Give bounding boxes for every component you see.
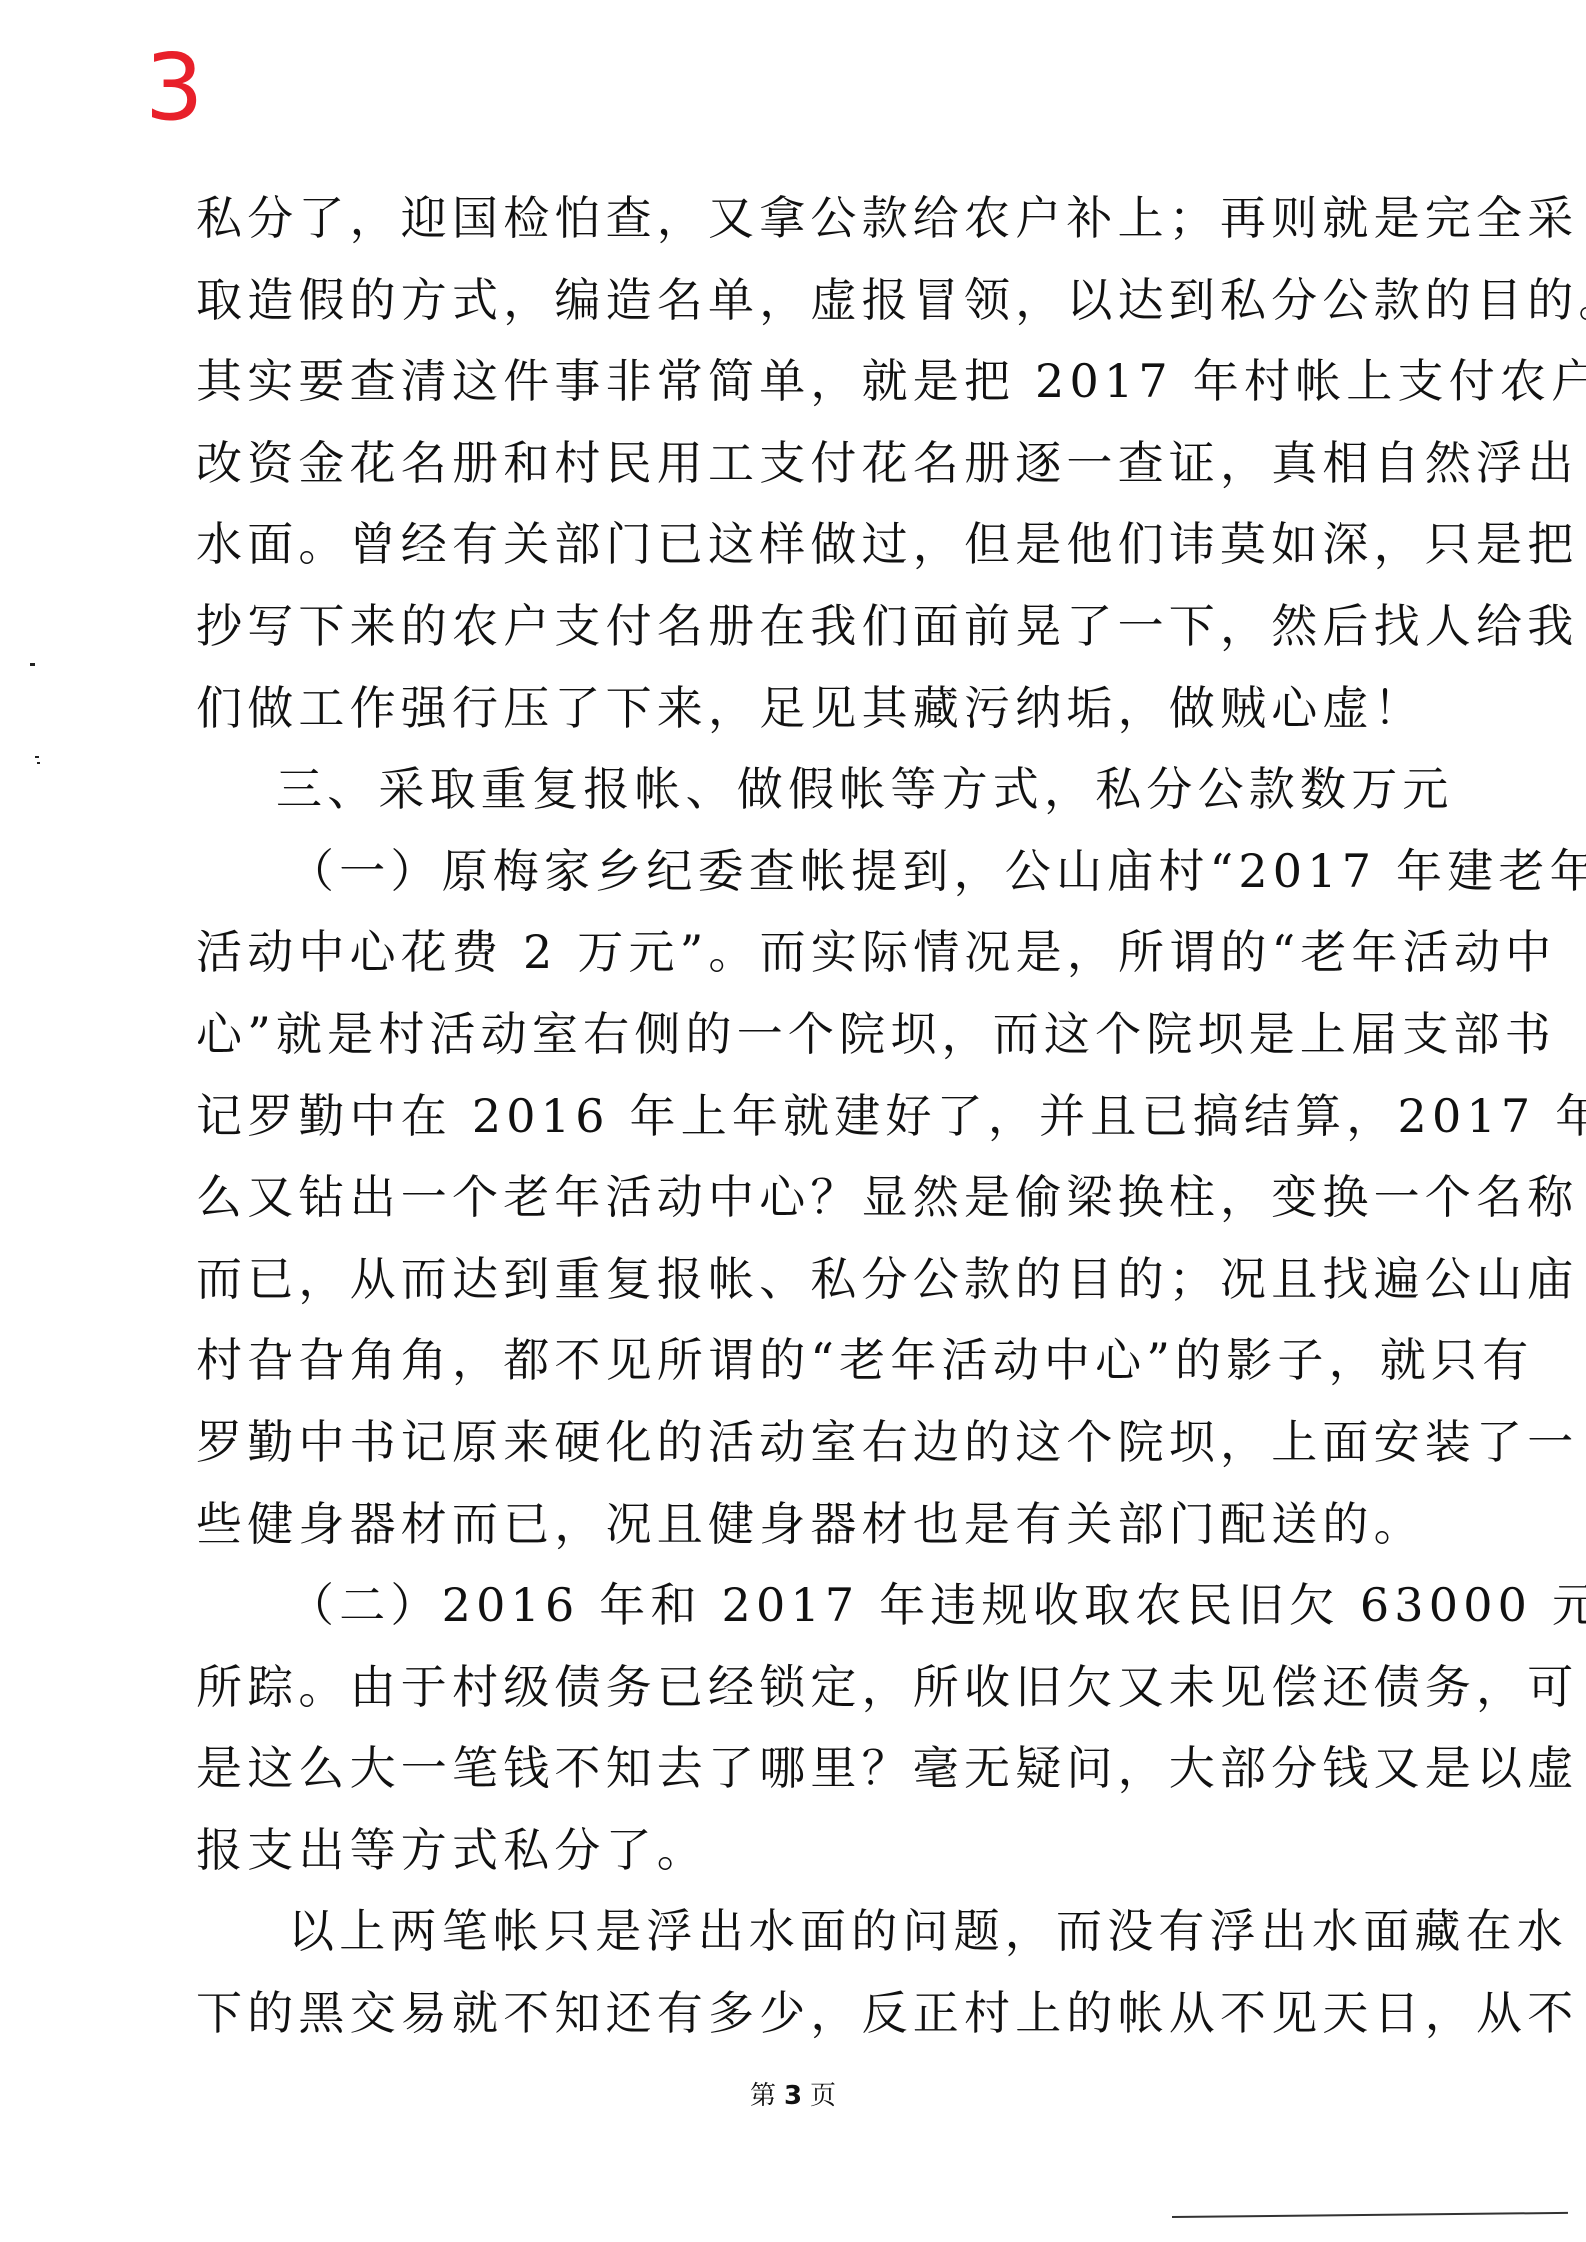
page-number: 3 bbox=[784, 2081, 802, 2111]
text-line: （二）2016 年和 2017 年违规收取农民旧欠 63000 元不知 bbox=[196, 1565, 1356, 1647]
scan-speck bbox=[37, 762, 40, 764]
text-line: 罗勤中书记原来硬化的活动室右边的这个院坝，上面安装了一 bbox=[196, 1402, 1356, 1484]
text-line: 记罗勤中在 2016 年上年就建好了，并且已搞结算，2017 年怎 bbox=[196, 1076, 1356, 1158]
scan-speck bbox=[35, 756, 39, 758]
text-line: 而已，从而达到重复报帐、私分公款的目的；况且找遍公山庙 bbox=[196, 1239, 1356, 1321]
text-line: 心”就是村活动室右侧的一个院坝，而这个院坝是上届支部书 bbox=[196, 994, 1356, 1076]
paragraph-summary: 以上两笔帐只是浮出水面的问题，而没有浮出水面藏在水 下的黑交易就不知还有多少，反… bbox=[196, 1891, 1356, 2054]
text-line: 所踪。由于村级债务已经锁定，所收旧欠又未见偿还债务，可 bbox=[196, 1647, 1356, 1729]
scan-speck bbox=[30, 663, 35, 666]
text-line: 私分了，迎国检怕查，又拿公款给农户补上；再则就是完全采 bbox=[196, 178, 1356, 260]
text-line: 么又钻出一个老年活动中心？显然是偷梁换柱，变换一个名称 bbox=[196, 1157, 1356, 1239]
text-line: 抄写下来的农户支付名册在我们面前晃了一下，然后找人给我 bbox=[196, 586, 1356, 668]
section-heading: 三、采取重复报帐、做假帐等方式，私分公款数万元 bbox=[196, 749, 1356, 831]
text-line: 下的黑交易就不知还有多少，反正村上的帐从不见天日，从不 bbox=[196, 1973, 1356, 2055]
page-marker-number: 3 bbox=[145, 42, 204, 134]
text-line: 报支出等方式私分了。 bbox=[196, 1810, 1356, 1892]
paragraph-continuation: 私分了，迎国检怕查，又拿公款给农户补上；再则就是完全采 取造假的方式，编造名单，… bbox=[196, 178, 1356, 749]
heading-line: 三、采取重复报帐、做假帐等方式，私分公款数万元 bbox=[196, 749, 1356, 831]
text-line: 取造假的方式，编造名单，虚报冒领，以达到私分公款的目的。 bbox=[196, 260, 1356, 342]
page-number-footer: 第3页 bbox=[0, 2075, 1586, 2112]
paragraph-item-1: （一）原梅家乡纪委查帐提到，公山庙村“2017 年建老年 活动中心花费 2 万元… bbox=[196, 831, 1356, 1565]
text-line: 其实要查清这件事非常简单，就是把 2017 年村帐上支付农户危 bbox=[196, 341, 1356, 423]
text-line: 是这么大一笔钱不知去了哪里？毫无疑问，大部分钱又是以虚 bbox=[196, 1728, 1356, 1810]
page-prefix: 第 bbox=[750, 2081, 776, 2111]
text-line: 些健身器材而已，况且健身器材也是有关部门配送的。 bbox=[196, 1484, 1356, 1566]
text-line: （一）原梅家乡纪委查帐提到，公山庙村“2017 年建老年 bbox=[196, 831, 1356, 913]
page-suffix: 页 bbox=[810, 2081, 836, 2111]
text-line: 以上两笔帐只是浮出水面的问题，而没有浮出水面藏在水 bbox=[196, 1891, 1356, 1973]
text-line: 们做工作强行压了下来，足见其藏污纳垢，做贼心虚！ bbox=[196, 668, 1356, 750]
scan-artifact-line bbox=[1172, 2212, 1568, 2218]
text-line: 水面。曾经有关部门已这样做过，但是他们讳莫如深，只是把 bbox=[196, 504, 1356, 586]
text-line: 改资金花名册和村民用工支付花名册逐一查证，真相自然浮出 bbox=[196, 423, 1356, 505]
text-line: 活动中心花费 2 万元”。而实际情况是，所谓的“老年活动中 bbox=[196, 912, 1356, 994]
paragraph-item-2: （二）2016 年和 2017 年违规收取农民旧欠 63000 元不知 所踪。由… bbox=[196, 1565, 1356, 1891]
text-line: 村旮旮角角，都不见所谓的“老年活动中心”的影子，就只有 bbox=[196, 1320, 1356, 1402]
document-body: 私分了，迎国检怕查，又拿公款给农户补上；再则就是完全采 取造假的方式，编造名单，… bbox=[196, 178, 1356, 2055]
